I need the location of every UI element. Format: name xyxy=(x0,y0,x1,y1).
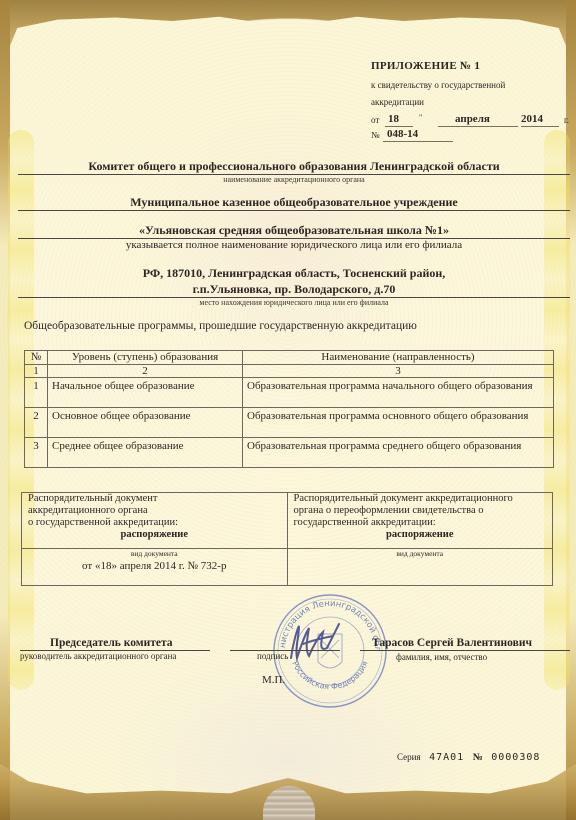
row-number: 3 xyxy=(25,438,48,468)
ornamental-border-top xyxy=(0,0,576,70)
document-description-line: аккредитационного органа xyxy=(28,505,281,517)
column-header-level: Уровень (ступень) образования xyxy=(48,351,243,365)
signature-line xyxy=(360,650,570,651)
date-suffix: г. xyxy=(564,115,569,125)
document-kind: распоряжение xyxy=(28,529,281,541)
table-header-row: № Уровень (ступень) образования Наименов… xyxy=(25,351,554,365)
address-line1: РФ, 187010, Ленинградская область, Тосне… xyxy=(18,266,570,281)
address-caption: место нахождения юридического лица или е… xyxy=(18,298,570,307)
series-value: 47А01 xyxy=(429,752,464,763)
column-index: 1 xyxy=(25,365,48,378)
blank-series-number: Серия 47А01 № 0000308 xyxy=(397,752,540,763)
signatory-position: Председатель комитета xyxy=(50,637,173,649)
document-description-line: Распорядительный документ аккредитационн… xyxy=(294,493,547,505)
row-level: Основное общее образование xyxy=(48,408,243,438)
blank-number-value: 0000308 xyxy=(491,752,540,763)
organization-name: «Ульяновская средняя общеобразовательная… xyxy=(18,223,570,238)
table-row: 1 Начальное общее образование Образовате… xyxy=(25,378,554,408)
appendix-title: ПРИЛОЖЕНИЕ № 1 xyxy=(371,60,480,72)
stamp-label: М.П. xyxy=(262,674,285,686)
document-description-line: о государственной аккредитации: xyxy=(28,517,281,529)
documents-description-row: Распорядительный документ аккредитационн… xyxy=(22,493,553,549)
document-description-line: органа о переоформлении свидетельства о xyxy=(294,505,547,517)
documents-table: Распорядительный документ аккредитационн… xyxy=(21,492,553,586)
row-program-name: Образовательная программа начального общ… xyxy=(243,378,554,408)
organization-type: Муниципальное казенное общеобразовательн… xyxy=(18,195,570,210)
reissue-document-cell: Распорядительный документ аккредитационн… xyxy=(287,493,553,549)
table-row: 3 Среднее общее образование Образователь… xyxy=(25,438,554,468)
document-date-number: от «18» апреля 2014 г. № 732-р xyxy=(28,559,281,573)
signatory-name-caption: фамилия, имя, отчество xyxy=(396,652,487,662)
number-sign: № xyxy=(371,130,380,140)
date-year: 2014 xyxy=(521,113,543,125)
row-program-name: Образовательная программа основного обще… xyxy=(243,408,554,438)
programs-title: Общеобразовательные программы, прошедшие… xyxy=(24,320,417,332)
date-prefix: от xyxy=(371,115,379,125)
appendix-number-value: 048-14 xyxy=(387,128,418,140)
date-month: апреля xyxy=(455,113,490,125)
column-index: 2 xyxy=(48,365,243,378)
handwritten-signature-icon xyxy=(283,618,343,668)
series-label: Серия xyxy=(397,752,421,762)
column-header-number: № xyxy=(25,351,48,365)
document-kind-caption: вид документа xyxy=(28,549,281,559)
appendix-subtitle-line2: аккредитации xyxy=(371,97,424,107)
date-day: 18 xyxy=(388,113,399,125)
reissue-document-details: вид документа xyxy=(287,549,553,586)
row-number: 2 xyxy=(25,408,48,438)
accreditation-document-cell: Распорядительный документ аккредитационн… xyxy=(22,493,288,549)
row-level: Среднее общее образование xyxy=(48,438,243,468)
document-description-line: государственной аккредитации: xyxy=(294,517,547,529)
programs-table: № Уровень (ступень) образования Наименов… xyxy=(24,350,554,468)
column-header-name: Наименование (направленность) xyxy=(243,351,554,365)
document-kind: распоряжение xyxy=(294,529,547,541)
divider-line xyxy=(18,210,570,211)
accreditation-document-details: вид документа от «18» апреля 2014 г. № 7… xyxy=(22,549,288,586)
row-program-name: Образовательная программа среднего общег… xyxy=(243,438,554,468)
date-quote: " xyxy=(419,113,422,122)
signature-caption: подпись xyxy=(257,651,288,661)
row-number: 1 xyxy=(25,378,48,408)
accreditation-body-caption: наименование аккредитационного органа xyxy=(18,175,570,184)
documents-details-row: вид документа от «18» апреля 2014 г. № 7… xyxy=(22,549,553,586)
table-row: 2 Основное общее образование Образовател… xyxy=(25,408,554,438)
signatory-position-caption: руководитель аккредитационного органа xyxy=(20,651,230,661)
number-sign: № xyxy=(473,752,483,763)
signatory-name: Тарасов Сергей Валентинович xyxy=(372,637,532,649)
appendix-number: № 048-14 xyxy=(371,127,521,143)
address-line2: г.п.Ульяновка, пр. Володарского, д.70 xyxy=(18,282,570,297)
document-description-line: Распорядительный документ xyxy=(28,493,281,505)
document-kind-caption: вид документа xyxy=(294,549,547,559)
column-index: 3 xyxy=(243,365,554,378)
organization-name-caption: указывается полное наименование юридичес… xyxy=(18,239,570,251)
appendix-subtitle-line1: к свидетельству о государственной xyxy=(371,80,505,90)
table-index-row: 1 2 3 xyxy=(25,365,554,378)
row-level: Начальное общее образование xyxy=(48,378,243,408)
accreditation-body: Комитет общего и профессионального образ… xyxy=(18,159,570,174)
